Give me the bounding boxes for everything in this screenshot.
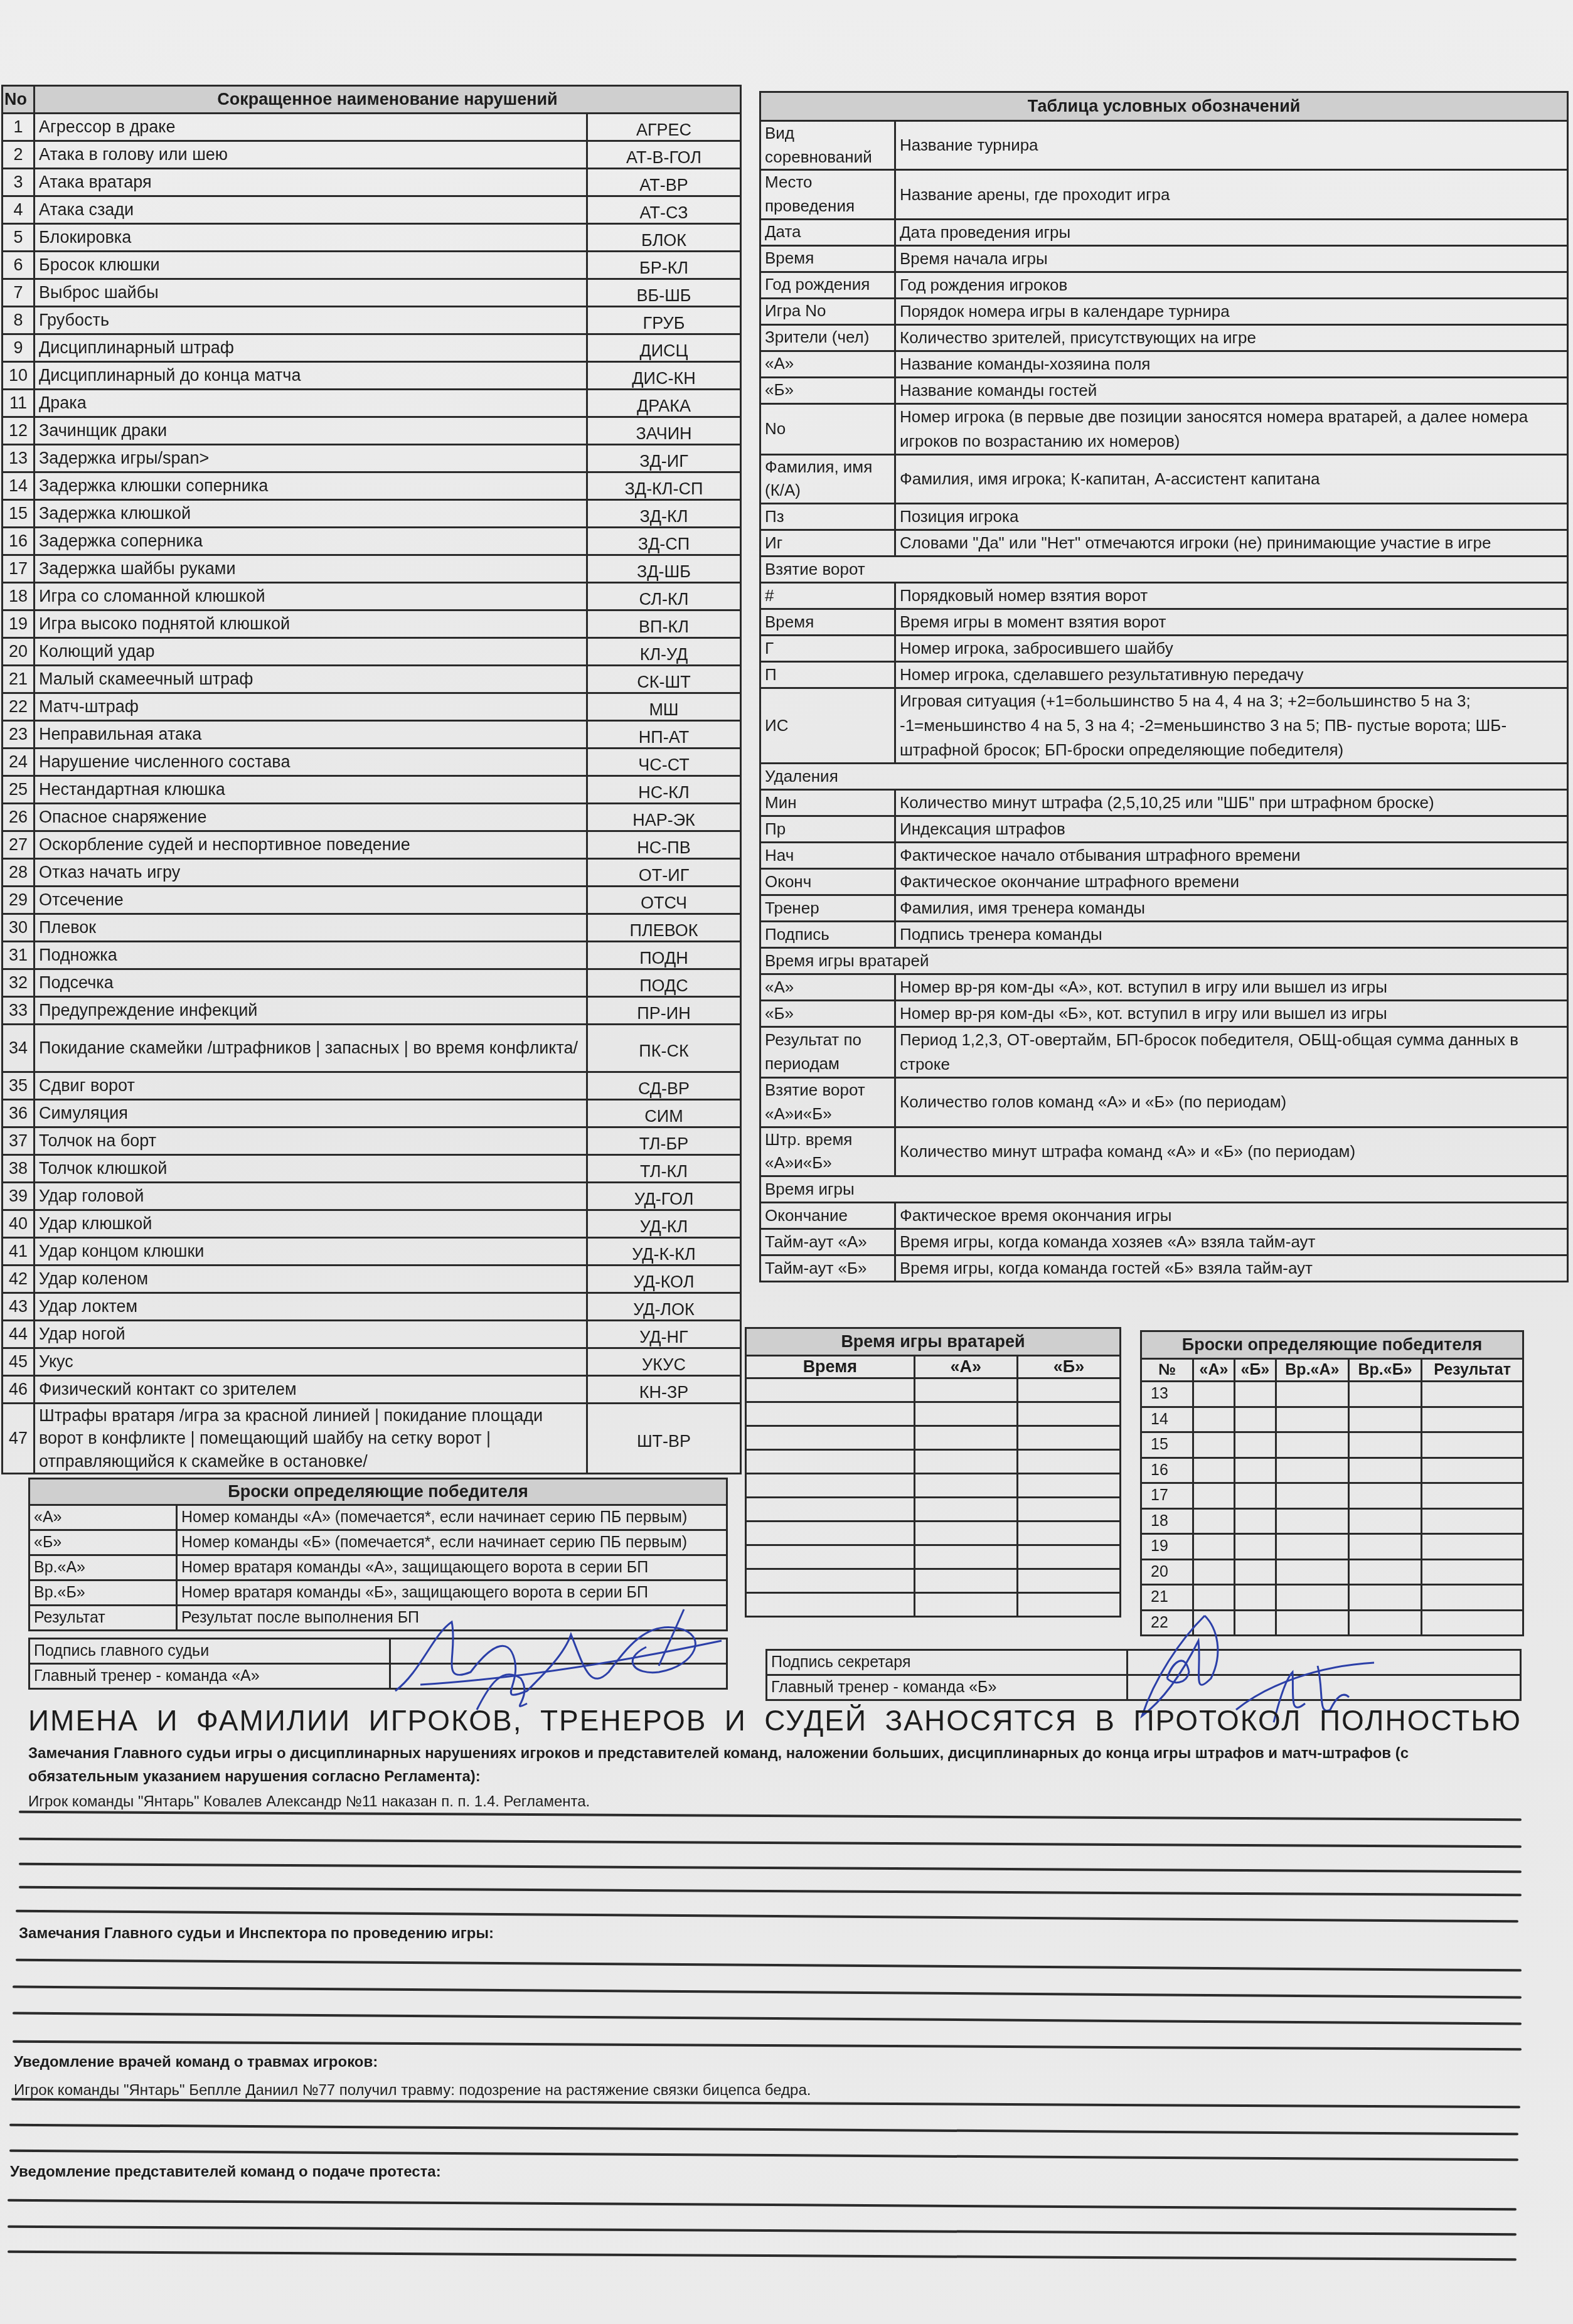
violation-code: АТ-СЗ [587,196,741,224]
goalie-time-row [746,1498,1121,1522]
goalie-time-cell[interactable] [1017,1402,1120,1426]
legend-key: Вид соревнований [760,121,895,170]
shootout-legend-value: Номер команды «Б» (помечается*, если нач… [177,1530,727,1555]
shootout-cell[interactable] [1193,1432,1235,1458]
legend-row: ПодписьПодпись тренера команды [760,922,1568,948]
legend-key: Мин [760,790,895,816]
violation-name: Грубость [35,307,587,334]
shootout-col-header: Вр.«Б» [1348,1359,1421,1382]
violation-code: СД-ВР [587,1072,741,1100]
legend-key: Дата [760,219,895,245]
violation-row: 47Штрафы вратаря /игра за красной линией… [3,1404,741,1474]
violation-code: УД-ГОЛ [587,1183,741,1210]
violation-code: ПК-СК [587,1025,741,1072]
legend-value: Название турнира [895,121,1568,170]
violation-code: АТ-В-ГОЛ [587,141,741,169]
violation-name: Неправильная атака [35,721,587,749]
violation-number: 3 [3,169,35,196]
violation-number: 29 [3,887,35,914]
violation-row: 19Игра высоко поднятой клюшкойВП-КЛ [3,610,741,638]
line [16,1959,1522,1972]
violation-name: Толчок клюшкой [35,1155,587,1183]
legend-key: «А» [760,351,895,377]
violation-row: 32ПодсечкаПОДС [3,969,741,997]
shootout-cell[interactable] [1348,1508,1421,1534]
shootout-cell[interactable] [1276,1458,1348,1483]
shootout-row-number: 22 [1141,1610,1193,1636]
legend-key: Подпись [760,922,895,948]
violation-name: Драка [35,390,587,417]
violation-name: Нестандартная клюшка [35,776,587,804]
banner-word: ИГРОКОВ, [369,1703,523,1737]
violation-name: Отказ начать игру [35,859,587,887]
shootout-row-number: 20 [1141,1559,1193,1585]
violation-number: 35 [3,1072,35,1100]
shootout-cell[interactable] [1234,1508,1276,1534]
legend-value: Название арены, где проходит игра [895,170,1568,219]
legend-row: NoНомер игрока (в первые две позиции зан… [760,403,1568,454]
line [16,1910,1518,1923]
coach-a-signature-field[interactable] [390,1664,727,1689]
shootout-cell[interactable] [1193,1610,1235,1636]
shootout-cell[interactable] [1276,1508,1348,1534]
violation-number: 26 [3,804,35,831]
shootout-legend-value: Результат после выполнения БП [177,1606,727,1631]
shootout-cell[interactable] [1193,1483,1235,1509]
shootout-cell[interactable] [1234,1559,1276,1585]
shootout-cell[interactable] [1422,1534,1523,1560]
violation-row: 2Атака в голову или шеюАТ-В-ГОЛ [3,141,741,169]
violation-name: Удар концом клюшки [35,1238,587,1266]
violation-name: Колющий удар [35,638,587,666]
referee-signature-label: Подпись главного судьи [29,1639,390,1664]
violation-number: 2 [3,141,35,169]
violation-number: 28 [3,859,35,887]
violation-number: 23 [3,721,35,749]
shootout-col-header: «Б» [1234,1359,1276,1382]
goalie-time-cell[interactable] [746,1545,915,1569]
legend-value: Номер вр-ря ком-ды «А», кот. вступил в и… [895,974,1568,1001]
violation-name: Атака вратаря [35,169,587,196]
violation-code: НС-КЛ [587,776,741,804]
violation-row: 1Агрессор в дракеАГРЕС [3,114,741,141]
shootout-cell[interactable] [1234,1407,1276,1432]
shootout-cell[interactable] [1348,1559,1421,1585]
shootout-cell[interactable] [1193,1559,1235,1585]
legend-row: Взятие ворот «А»и«Б»Количество голов ком… [760,1078,1568,1127]
violation-row: 35Сдвиг воротСД-ВР [3,1072,741,1100]
legend-key: Тренер [760,895,895,922]
shootout-legend-key: «А» [29,1505,177,1530]
goalie-time-cell[interactable] [914,1450,1017,1474]
banner-word: И [725,1703,747,1737]
legend-key: Фамилия, имя (К/А) [760,454,895,503]
goalie-time-cell[interactable] [1017,1522,1120,1545]
violation-number: 10 [3,362,35,390]
line [13,2012,1522,2025]
legend-key: «Б» [760,1001,895,1027]
violation-number: 41 [3,1238,35,1266]
shootout-cell[interactable] [1422,1483,1523,1509]
violation-code: УД-КОЛ [587,1266,741,1293]
shootout-cell[interactable] [1276,1559,1348,1585]
legend-value: Время игры, когда команда гостей «Б» взя… [895,1255,1568,1281]
violation-number: 47 [3,1404,35,1474]
violation-name: Толчок на борт [35,1127,587,1155]
secretary-signature-label: Подпись секретаря [767,1650,1128,1675]
violation-row: 23Неправильная атакаНП-АТ [3,721,741,749]
shootout-cell[interactable] [1422,1458,1523,1483]
violation-code: ЗД-КЛ-СП [587,472,741,500]
violation-row: 10Дисциплинарный до конца матчаДИС-КН [3,362,741,390]
legend-section-title: Взятие ворот [760,557,1568,583]
shootout-cell[interactable] [1348,1610,1421,1636]
violation-name: Игра высоко поднятой клюшкой [35,610,587,638]
shootout-cell[interactable] [1276,1483,1348,1509]
legend-value: Подпись тренера команды [895,922,1568,948]
goalie-time-cell[interactable] [746,1426,915,1450]
violation-code: БР-КЛ [587,252,741,279]
violation-name: Сдвиг ворот [35,1072,587,1100]
violation-row: 39Удар головойУД-ГОЛ [3,1183,741,1210]
legend-key: П [760,662,895,688]
legend-key: «А» [760,974,895,1001]
goalie-time-cell[interactable] [746,1474,915,1498]
col-no-header: No [3,86,35,114]
shootout-cell[interactable] [1193,1382,1235,1407]
disciplinary-remarks-title: Замечания Главного судьи игры о дисципли… [28,1742,1509,1788]
violation-code: НС-ПВ [587,831,741,859]
violation-name: Дисциплинарный до конца матча [35,362,587,390]
legend-row: Результат по периодамПериод 1,2,3, ОТ-ов… [760,1027,1568,1078]
legend-row: ОкончФактическое окончание штрафного вре… [760,869,1568,895]
shootout-legend-row: «Б»Номер команды «Б» (помечается*, если … [29,1530,727,1555]
shootout-cell[interactable] [1234,1382,1276,1407]
legend-key: Результат по периодам [760,1027,895,1078]
line [8,2225,1517,2236]
legend-row: ПзПозиция игрока [760,504,1568,530]
shootout-cell[interactable] [1234,1585,1276,1611]
shootout-cell[interactable] [1422,1407,1523,1432]
violation-code: УД-ЛОК [587,1293,741,1321]
violation-name: Задержка клюшкой [35,500,587,528]
violation-number: 22 [3,693,35,721]
signature-table-left: Подпись главного судьи Главный тренер - … [28,1638,728,1690]
referee-signature-field[interactable] [390,1639,727,1664]
violation-row: 18Игра со сломанной клюшкойСЛ-КЛ [3,583,741,610]
violation-name: Подножка [35,942,587,969]
violation-number: 32 [3,969,35,997]
shootout-cell[interactable] [1276,1585,1348,1611]
goalie-time-table: Время игры вратарей Время«А»«Б» [745,1327,1121,1618]
line [8,2199,1517,2211]
violation-number: 46 [3,1376,35,1404]
goalie-time-cell[interactable] [914,1593,1017,1617]
shootout-col-header: Результат [1422,1359,1523,1382]
shootout-cell[interactable] [1193,1534,1235,1560]
legend-section-row: Время игры вратарей [760,948,1568,974]
violation-code: ПОДН [587,942,741,969]
goalie-time-cell[interactable] [746,1498,915,1522]
violation-row: 24Нарушение численного составаЧС-СТ [3,749,741,776]
line [9,2150,1518,2161]
violation-name: Атака сзади [35,196,587,224]
shootout-cell[interactable] [1234,1534,1276,1560]
shootout-cell[interactable] [1276,1432,1348,1458]
shootout-cell[interactable] [1193,1508,1235,1534]
shootout-cell[interactable] [1234,1483,1276,1509]
violation-code: ЗД-ИГ [587,445,741,472]
goalie-time-cell[interactable] [914,1378,1017,1402]
legend-value: Позиция игрока [895,504,1568,530]
shootout-cell[interactable] [1348,1585,1421,1611]
violation-row: 38Толчок клюшкойТЛ-КЛ [3,1155,741,1183]
violation-number: 17 [3,555,35,583]
line [13,2040,1522,2051]
shootout-cell[interactable] [1422,1432,1523,1458]
legend-value: Номер вр-ря ком-ды «Б», кот. вступил в и… [895,1001,1568,1027]
signature-table-right: Подпись секретаря Главный тренер - коман… [765,1649,1522,1701]
violation-code: СИМ [587,1100,741,1127]
violation-name: Задержка шайбы руками [35,555,587,583]
violation-row: 7Выброс шайбыВБ-ШБ [3,279,741,307]
line [19,1838,1522,1848]
violation-number: 25 [3,776,35,804]
goalie-time-cell[interactable] [914,1474,1017,1498]
violation-row: 42Удар коленомУД-КОЛ [3,1266,741,1293]
legend-value: Номер игрока, сделавшего результативную … [895,662,1568,688]
goalie-time-cell[interactable] [746,1450,915,1474]
legend-value: Фактическое окончание штрафного времени [895,869,1568,895]
legend-section-row: Время игры [760,1176,1568,1202]
goalie-time-cell[interactable] [914,1545,1017,1569]
shootout-cell[interactable] [1193,1458,1235,1483]
goalie-time-cell[interactable] [914,1426,1017,1450]
violation-code: КН-ЗР [587,1376,741,1404]
shootout-cell[interactable] [1348,1382,1421,1407]
violation-row: 9Дисциплинарный штрафДИСЦ [3,334,741,362]
legend-key: Штр. время «А»и«Б» [760,1127,895,1176]
legend-row: ВремяВремя начала игры [760,245,1568,272]
goalie-time-cell[interactable] [1017,1474,1120,1498]
violation-name: Задержка игры/span> [35,445,587,472]
violation-number: 13 [3,445,35,472]
legend-row: «Б»Название команды гостей [760,377,1568,403]
shootout-cell[interactable] [1234,1432,1276,1458]
violation-number: 36 [3,1100,35,1127]
violation-row: 29ОтсечениеОТСЧ [3,887,741,914]
violation-number: 45 [3,1348,35,1376]
legend-value: Порядковый номер взятия ворот [895,583,1568,609]
violation-name: Симуляция [35,1100,587,1127]
violation-row: 5БлокировкаБЛОК [3,224,741,252]
goalie-time-cell[interactable] [746,1569,915,1593]
legend-key: Время [760,245,895,272]
shootout-legend-value: Номер вратаря команды «А», защищающего в… [177,1555,727,1580]
goalie-time-cell[interactable] [746,1402,915,1426]
legend-value: Фактическое время окончания игры [895,1202,1568,1229]
shootout-cell[interactable] [1348,1534,1421,1560]
injury-notice-entry[interactable]: Игрок команды "Янтарь" Беплле Даниил №77… [14,2082,811,2099]
legend-row: Вид соревнованийНазвание турнира [760,121,1568,170]
goalie-time-row [746,1450,1121,1474]
shootout-row: 18 [1141,1508,1523,1534]
shootout-cell[interactable] [1234,1610,1276,1636]
violation-number: 7 [3,279,35,307]
violation-row: 25Нестандартная клюшкаНС-КЛ [3,776,741,804]
legend-key: Зрители (чел) [760,324,895,351]
legend-key: ИС [760,688,895,764]
violation-number: 33 [3,997,35,1025]
goalie-time-cell[interactable] [746,1378,915,1402]
violation-row: 41Удар концом клюшкиУД-К-КЛ [3,1238,741,1266]
shootout-legend-key: Вр.«Б» [29,1580,177,1606]
violation-name: Удар коленом [35,1266,587,1293]
legend-row: ВремяВремя игры в момент взятия ворот [760,609,1568,636]
legend-value: Индексация штрафов [895,816,1568,843]
shootout-cell[interactable] [1276,1610,1348,1636]
violation-name: Опасное снаряжение [35,804,587,831]
legend-section-row: Взятие ворот [760,557,1568,583]
banner-names-in-full: ИМЕНАИФАМИЛИИИГРОКОВ,ТРЕНЕРОВИСУДЕЙЗАНОС… [28,1703,1522,1737]
shootout-row-number: 16 [1141,1458,1193,1483]
shootout-cell[interactable] [1276,1407,1348,1432]
violation-code: ЗД-СП [587,528,741,555]
goalie-time-cell[interactable] [746,1522,915,1545]
violation-name: Удар головой [35,1183,587,1210]
disciplinary-remarks-entry[interactable]: Игрок команды "Янтарь" Ковалев Александр… [28,1793,590,1811]
violation-name: Бросок клюшки [35,252,587,279]
goalie-time-cell[interactable] [1017,1569,1120,1593]
legend-row: #Порядковый номер взятия ворот [760,583,1568,609]
violations-table: No Сокращенное наименование нарушений 1А… [1,85,742,1474]
legend-key: Тайм-аут «А» [760,1229,895,1255]
line [11,2098,1520,2109]
line [9,2124,1518,2136]
shootout-cell[interactable] [1422,1585,1523,1611]
conduct-remarks-title: Замечания Главного судьи и Инспектора по… [19,1925,494,1943]
shootout-cell[interactable] [1422,1610,1523,1636]
violation-number: 4 [3,196,35,224]
coach-b-signature-field[interactable] [1128,1675,1521,1700]
goalie-time-cell[interactable] [1017,1545,1120,1569]
legend-value: Номер игрока (в первые две позиции занос… [895,403,1568,454]
legend-row: ТренерФамилия, имя тренера команды [760,895,1568,922]
legend-row: Зрители (чел)Количество зрителей, присут… [760,324,1568,351]
shootout-row-number: 14 [1141,1407,1193,1432]
goalie-time-cell[interactable] [914,1569,1017,1593]
shootout-cell[interactable] [1422,1559,1523,1585]
violation-row: 3Атака вратаряАТ-ВР [3,169,741,196]
shootout-row-number: 15 [1141,1432,1193,1458]
violation-row: 40Удар клюшкойУД-КЛ [3,1210,741,1238]
shootout-cell[interactable] [1276,1382,1348,1407]
violation-name: Плевок [35,914,587,942]
goalie-time-cell[interactable] [1017,1593,1120,1617]
shootout-cell[interactable] [1348,1407,1421,1432]
goalie-time-cell[interactable] [1017,1498,1120,1522]
legend-row: Тайм-аут «Б»Время игры, когда команда го… [760,1255,1568,1281]
violation-number: 42 [3,1266,35,1293]
shootout-cell[interactable] [1348,1483,1421,1509]
legend-key: No [760,403,895,454]
legend-row: «А»Название команды-хозяина поля [760,351,1568,377]
violation-number: 40 [3,1210,35,1238]
coach-a-signature-label: Главный тренер - команда «А» [29,1664,390,1689]
legend-row: ПрИндексация штрафов [760,816,1568,843]
goalie-time-row [746,1545,1121,1569]
violation-code: АТ-ВР [587,169,741,196]
violation-number: 12 [3,417,35,445]
shootout-cell[interactable] [1348,1432,1421,1458]
legend-value: Количество минут штрафа команд «А» и «Б»… [895,1127,1568,1176]
goalie-col-header: «Б» [1017,1356,1120,1378]
legend-key: «Б» [760,377,895,403]
shootout-legend-value: Номер команды «А» (помечается*, если нач… [177,1505,727,1530]
violation-number: 37 [3,1127,35,1155]
goalie-time-cell[interactable] [1017,1450,1120,1474]
legend-row: ДатаДата проведения игры [760,219,1568,245]
shootout-cell[interactable] [1348,1458,1421,1483]
shootout-cell[interactable] [1234,1458,1276,1483]
legend-value: Фамилия, имя тренера команды [895,895,1568,922]
violation-name: Выброс шайбы [35,279,587,307]
goalie-time-cell[interactable] [1017,1378,1120,1402]
legend-title: Таблица условных обозначений [760,92,1568,121]
goalie-col-header: Время [746,1356,915,1378]
legend-value: Время игры, когда команда хозяев «А» взя… [895,1229,1568,1255]
violation-row: 27Оскорбление судей и неспортивное повед… [3,831,741,859]
shootout-cell[interactable] [1422,1382,1523,1407]
violation-number: 19 [3,610,35,638]
legend-key: Время [760,609,895,636]
goalie-time-cell[interactable] [914,1498,1017,1522]
shootout-cell[interactable] [1193,1407,1235,1432]
violation-name: Физический контакт со зрителем [35,1376,587,1404]
legend-value: Время игры в момент взятия ворот [895,609,1568,636]
violation-row: 22Матч-штрафМШ [3,693,741,721]
legend-value: Игровая ситуация (+1=большинство 5 на 4,… [895,688,1568,764]
violation-name: Удар локтем [35,1293,587,1321]
legend-section-title: Время игры вратарей [760,948,1568,974]
secretary-signature-field[interactable] [1128,1650,1521,1675]
violation-code: ДИС-КН [587,362,741,390]
shootout-row: 21 [1141,1585,1523,1611]
shootout-row: 22 [1141,1610,1523,1636]
legend-value: Количество голов команд «А» и «Б» (по пе… [895,1078,1568,1127]
protest-notice-title: Уведомление представителей команд о пода… [10,2163,441,2181]
banner-word: В [1095,1703,1116,1737]
violation-code: СЛ-КЛ [587,583,741,610]
violation-code: КЛ-УД [587,638,741,666]
shootout-cell[interactable] [1276,1534,1348,1560]
violation-row: 30ПлевокПЛЕВОК [3,914,741,942]
shootout-row: 20 [1141,1559,1523,1585]
goalie-time-cell[interactable] [746,1593,915,1617]
goalie-time-cell[interactable] [914,1402,1017,1426]
violation-row: 46Физический контакт со зрителемКН-ЗР [3,1376,741,1404]
violation-code: ОТ-ИГ [587,859,741,887]
violation-row: 20Колющий ударКЛ-УД [3,638,741,666]
legend-key: Пр [760,816,895,843]
violation-code: ПОДС [587,969,741,997]
goalie-time-cell[interactable] [1017,1426,1120,1450]
shootout-row: 19 [1141,1534,1523,1560]
goalie-time-cell[interactable] [914,1522,1017,1545]
line [13,1986,1522,1999]
shootout-cell[interactable] [1422,1508,1523,1534]
shootout-cell[interactable] [1193,1585,1235,1611]
